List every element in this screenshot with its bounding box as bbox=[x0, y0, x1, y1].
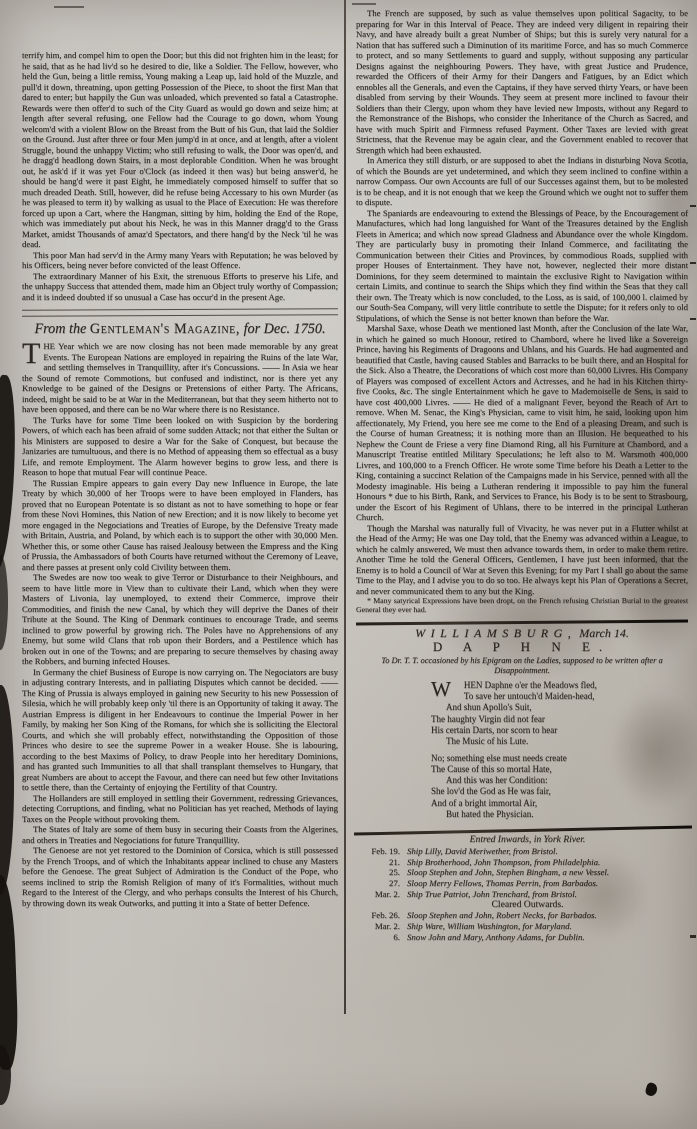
ship-date: 27. bbox=[356, 878, 407, 889]
magazine-paragraph-text: HE Year which we are now closing has not… bbox=[22, 341, 338, 414]
ship-entry: Snow John and Mary, Anthony Adams, for D… bbox=[407, 932, 688, 943]
edge-mark bbox=[690, 205, 696, 207]
poem-line: And shun Apollo's Suit, bbox=[435, 702, 688, 713]
footnote: * Many satyrical Expressions have been d… bbox=[356, 596, 688, 615]
drop-cap: T bbox=[22, 341, 43, 366]
scan-blot bbox=[0, 875, 19, 1071]
ship-entry: Sloop Stephen and John, Stephen Bingham,… bbox=[407, 867, 688, 878]
magazine-paragraph: The Hollanders are still employed in set… bbox=[22, 793, 338, 825]
scan-blot bbox=[0, 1045, 11, 1105]
ship-date: 21. bbox=[356, 857, 407, 868]
poem-title: D A P H N E. bbox=[356, 642, 688, 653]
magazine-paragraph: In Germany the chief Business of Europe … bbox=[22, 667, 338, 793]
ship-date: Feb. 19. bbox=[356, 846, 407, 857]
ship-date: Mar. 2. bbox=[356, 889, 407, 900]
heading-magazine-name: Gentleman's Magazine, bbox=[90, 321, 240, 337]
newspaper-page: terrify him, and compel him to open the … bbox=[0, 0, 697, 1129]
scan-blot bbox=[0, 374, 19, 570]
magazine-paragraph: The Swedes are now too weak to give Terr… bbox=[22, 572, 338, 667]
ship-date: Mar. 2. bbox=[356, 921, 407, 932]
story-paragraph: terrify him, and compel him to open the … bbox=[22, 50, 338, 250]
right-column: The French are supposed, by such as valu… bbox=[356, 8, 688, 943]
news-paragraph: In America they still disturb, or are su… bbox=[356, 155, 688, 208]
poem-line: And of a bright immortal Air, bbox=[420, 798, 688, 809]
magazine-paragraph: The Turks have for some Time been looked… bbox=[22, 415, 338, 478]
dateline-date: March 14. bbox=[576, 626, 629, 640]
heavy-rule bbox=[356, 619, 688, 625]
scan-blot bbox=[0, 555, 8, 650]
shipping-inwards-heading-text: Entred Inwards, in York River. bbox=[470, 834, 586, 845]
ship-date: Feb. 26. bbox=[356, 910, 407, 921]
poem-line: To save her untouch'd Maiden-head, bbox=[420, 691, 688, 702]
ship-date: 25. bbox=[356, 867, 407, 878]
magazine-section-heading: From the Gentleman's Magazine, for Dec. … bbox=[22, 321, 338, 338]
poem-line: The Cause of this so mortal Hate, bbox=[420, 764, 688, 775]
shipping-row: Feb. 26. Sloop Stephen and John, Robert … bbox=[356, 910, 688, 921]
poem-line: His certain Darts, nor scorn to hear bbox=[420, 725, 688, 736]
shipping-row: Feb. 19. Ship Lilly, David Meriwether, f… bbox=[356, 846, 688, 857]
ship-date: 6. bbox=[356, 932, 407, 943]
ship-entry: Ship Lilly, David Meriwether, from Brist… bbox=[407, 846, 688, 857]
heading-date: for Dec. 1750. bbox=[240, 321, 326, 337]
magazine-paragraph: The States of Italy are some of them bus… bbox=[22, 824, 338, 845]
poem-line: She lov'd the God as He was fair, bbox=[420, 786, 688, 797]
poem-line: The haughty Virgin did not fear bbox=[420, 714, 688, 725]
dateline-place: WILLIAMSBURG, bbox=[415, 626, 576, 640]
magazine-paragraph: The Genoese are not yet restored to the … bbox=[22, 845, 338, 908]
news-paragraph: Marshal Saxe, whose Death we mentioned l… bbox=[356, 323, 688, 523]
shipping-row: 21. Ship Brotherhood, John Thompson, fro… bbox=[356, 857, 688, 868]
shipping-row: Mar. 2. Ship Ware, William Washington, f… bbox=[356, 921, 688, 932]
news-paragraph: The Spaniards are endeavouring to extend… bbox=[356, 208, 688, 324]
edge-mark bbox=[690, 318, 696, 320]
section-divider-double-rule bbox=[22, 308, 338, 316]
poem-line: WHEN Daphne o'er the Meadows fled, bbox=[420, 680, 688, 691]
ship-entry: Sloop Stephen and John, Robert Necks, fo… bbox=[407, 910, 688, 921]
printer-ink-mark bbox=[644, 1082, 658, 1098]
story-paragraph: This poor Man had serv'd in the Army man… bbox=[22, 250, 338, 271]
ship-entry: Sloop Merry Fellows, Thomas Perrin, from… bbox=[407, 878, 688, 889]
poem-line: And this was her Condition: bbox=[435, 775, 688, 786]
shipping-row: 6. Snow John and Mary, Anthony Adams, fo… bbox=[356, 932, 688, 943]
edge-mark bbox=[690, 262, 696, 264]
magazine-paragraph: The Russian Empire appears to gain every… bbox=[22, 478, 338, 573]
story-paragraph: The extraordinary Manner of his Exit, th… bbox=[22, 271, 338, 303]
poem-line-text: HEN Daphne o'er the Meadows fled, bbox=[464, 680, 597, 690]
shipping-row: 27. Sloop Merry Fellows, Thomas Perrin, … bbox=[356, 878, 688, 889]
shipping-inwards-heading: Entred Inwards, in York River. bbox=[356, 835, 688, 846]
edge-mark bbox=[352, 3, 376, 5]
edge-mark bbox=[54, 6, 84, 8]
drop-cap: W bbox=[420, 680, 453, 698]
edge-mark bbox=[690, 935, 696, 938]
ship-entry: Ship Ware, William Washington, for Maryl… bbox=[407, 921, 688, 932]
column-divider-rule bbox=[344, 0, 346, 1014]
poem-dedication: To Dr. T. T. occasioned by his Epigram o… bbox=[375, 656, 670, 676]
scan-blot bbox=[0, 685, 14, 895]
news-paragraph: Though the Marshal was naturally full of… bbox=[356, 523, 688, 597]
poem-line: The Music of his Lute. bbox=[435, 736, 688, 747]
poem-line: But hated the Physician. bbox=[435, 809, 688, 820]
magazine-first-paragraph: THE Year which we are now closing has no… bbox=[22, 341, 338, 415]
dateline: WILLIAMSBURG, March 14. bbox=[356, 628, 688, 639]
poem-line: No; something else must needs create bbox=[420, 753, 688, 764]
shipping-row: 25. Sloop Stephen and John, Stephen Bing… bbox=[356, 867, 688, 878]
heading-from-the: From the bbox=[34, 321, 89, 337]
news-paragraph: The French are supposed, by such as valu… bbox=[356, 8, 688, 155]
left-column: terrify him, and compel him to open the … bbox=[22, 50, 338, 908]
shipping-outwards-heading: Cleared Outwards. bbox=[356, 900, 688, 911]
ship-entry: Ship Brotherhood, John Thompson, from Ph… bbox=[407, 857, 688, 868]
poem: WHEN Daphne o'er the Meadows fled, To sa… bbox=[420, 680, 688, 821]
